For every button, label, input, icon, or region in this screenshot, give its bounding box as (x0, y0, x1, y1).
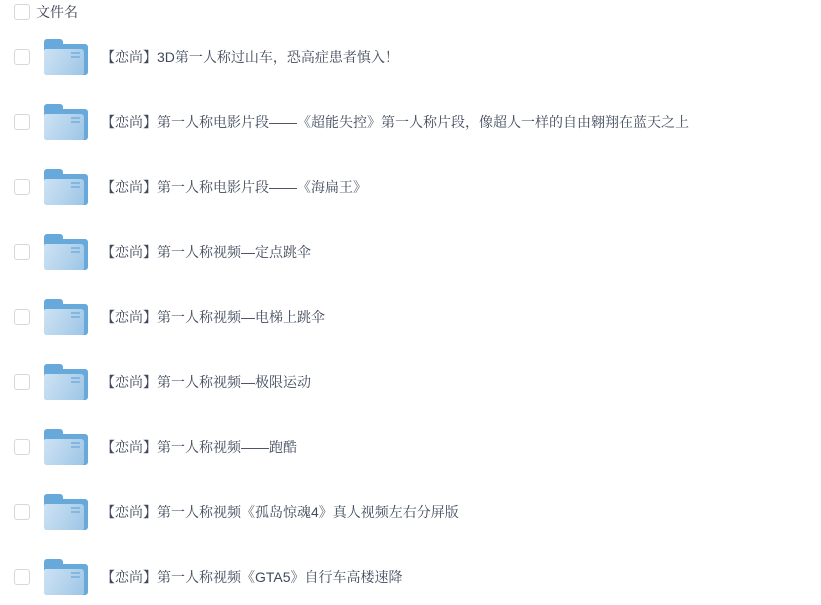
folder-icon[interactable] (44, 39, 88, 75)
file-row[interactable]: 【恋尚】第一人称视频—极限运动 (0, 349, 821, 414)
folder-icon-lines (71, 572, 80, 580)
file-row[interactable]: 【恋尚】第一人称电影片段——《海扁王》 (0, 154, 821, 219)
row-checkbox[interactable] (14, 244, 30, 260)
folder-icon-lines (71, 182, 80, 190)
folder-icon[interactable] (44, 104, 88, 140)
file-row[interactable]: 【恋尚】第一人称视频—电梯上跳伞 (0, 284, 821, 349)
file-name-link[interactable]: 【恋尚】第一人称视频—定点跳伞 (101, 242, 311, 262)
file-name-link[interactable]: 【恋尚】第一人称视频《孤岛惊魂4》真人视频左右分屏版 (101, 502, 459, 522)
folder-icon-lines (71, 377, 80, 385)
file-row[interactable]: 【恋尚】第一人称视频《GTA5》自行车高楼速降 (0, 544, 821, 605)
folder-icon[interactable] (44, 234, 88, 270)
folder-icon-lines (71, 507, 80, 515)
file-name-link[interactable]: 【恋尚】第一人称视频——跑酷 (101, 437, 297, 457)
file-name-link[interactable]: 【恋尚】第一人称电影片段——《超能失控》第一人称片段，像超人一样的自由翱翔在蓝天… (101, 112, 689, 132)
row-checkbox[interactable] (14, 179, 30, 195)
folder-icon-lines (71, 117, 80, 125)
select-all-checkbox[interactable] (14, 4, 30, 20)
row-checkbox[interactable] (14, 569, 30, 585)
file-name-link[interactable]: 【恋尚】第一人称视频—极限运动 (101, 372, 311, 392)
file-name-link[interactable]: 【恋尚】3D第一人称过山车，恐高症患者慎入！ (101, 47, 399, 67)
row-checkbox[interactable] (14, 374, 30, 390)
file-row[interactable]: 【恋尚】3D第一人称过山车，恐高症患者慎入！ (0, 24, 821, 89)
file-row[interactable]: 【恋尚】第一人称电影片段——《超能失控》第一人称片段，像超人一样的自由翱翔在蓝天… (0, 89, 821, 154)
row-checkbox[interactable] (14, 504, 30, 520)
file-row[interactable]: 【恋尚】第一人称视频《孤岛惊魂4》真人视频左右分屏版 (0, 479, 821, 544)
folder-icon[interactable] (44, 299, 88, 335)
folder-icon[interactable] (44, 364, 88, 400)
folder-icon[interactable] (44, 559, 88, 595)
folder-icon[interactable] (44, 429, 88, 465)
file-rows: 【恋尚】3D第一人称过山车，恐高症患者慎入！ 【恋尚】第一人称电影片段——《超能… (0, 24, 821, 605)
folder-icon[interactable] (44, 494, 88, 530)
folder-icon-lines (71, 442, 80, 450)
file-name-link[interactable]: 【恋尚】第一人称视频《GTA5》自行车高楼速降 (101, 567, 403, 587)
folder-icon[interactable] (44, 169, 88, 205)
file-name-link[interactable]: 【恋尚】第一人称电影片段——《海扁王》 (101, 177, 367, 197)
file-row[interactable]: 【恋尚】第一人称视频——跑酷 (0, 414, 821, 479)
file-list: 文件名 【恋尚】3D第一人称过山车，恐高症患者慎入！ 【恋尚】第一人称电影片段—… (0, 0, 821, 605)
list-header: 文件名 (0, 0, 821, 24)
folder-icon-lines (71, 247, 80, 255)
file-name-link[interactable]: 【恋尚】第一人称视频—电梯上跳伞 (101, 307, 325, 327)
folder-icon-lines (71, 312, 80, 320)
row-checkbox[interactable] (14, 439, 30, 455)
row-checkbox[interactable] (14, 49, 30, 65)
folder-icon-lines (71, 52, 80, 60)
file-row[interactable]: 【恋尚】第一人称视频—定点跳伞 (0, 219, 821, 284)
row-checkbox[interactable] (14, 114, 30, 130)
row-checkbox[interactable] (14, 309, 30, 325)
filename-column-header: 文件名 (36, 2, 78, 22)
